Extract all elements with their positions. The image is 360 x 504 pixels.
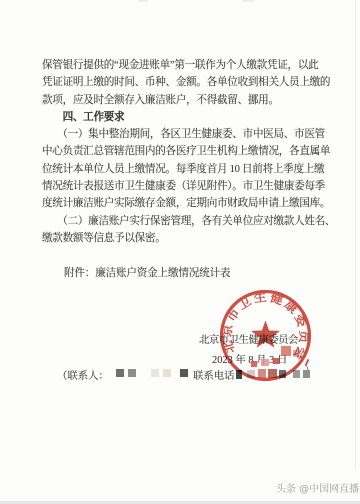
body-line: 中心负责汇总管辖范围内的各医疗卫生机构上缴情况，各直属单: [42, 143, 342, 160]
body-line: 缴款数额等信息予以保密。: [42, 230, 342, 247]
body-line: 款项，应及时全额存入廉洁账户，不得截留、挪用。: [42, 92, 342, 109]
page-edge-line: [355, 0, 356, 470]
body-line: （一）集中整治期间，各区卫生健康委、市中医局、市医管: [42, 126, 342, 143]
redaction-block: [151, 369, 159, 377]
scan-artifact: [243, 0, 254, 2]
section-heading: 四、工作要求: [42, 109, 342, 126]
redaction-block: [163, 369, 171, 377]
body-line: 保管银行提供的“现金进账单”第一联作为个人缴款凭证，以此: [42, 57, 342, 74]
attachment-label: 附件：: [64, 268, 95, 279]
seal-star-icon: [251, 320, 280, 347]
attachment-title: 廉洁账户资金上缴情况统计表: [95, 268, 230, 279]
redaction-block: [128, 369, 136, 377]
body-line: 度统计廉洁账户实际缴存金额，定期向市财政局申请上缴国库。: [42, 195, 342, 212]
watermark: 头条 @中国网直播: [276, 480, 359, 495]
scan-artifact: [139, 0, 148, 2]
document-body: 保管银行提供的“现金进账单”第一联作为个人缴款凭证，以此 凭证证明上缴的时间、币…: [42, 57, 342, 247]
body-line: （二）廉洁账户实行保密管理，各有关单位应对缴款人姓名、: [42, 213, 342, 230]
official-seal: 北京市卫生健康委员会: [217, 287, 314, 384]
redaction-block: [180, 369, 188, 377]
redaction-block: [116, 369, 124, 377]
contact-person-label: （联系人：: [57, 367, 109, 382]
body-line: 情况统计表报送市卫生健康委（详见附件）。市卫生健康委每季: [42, 178, 342, 195]
body-line: 位统计本单位人员上缴情况。每季度首月 10 日前将上季度上缴: [42, 161, 342, 178]
body-line: 凭证证明上缴的时间、币种、金额。各单位收到相关人员上缴的: [42, 74, 342, 91]
scanned-document-page: 保管银行提供的“现金进账单”第一联作为个人缴款凭证，以此 凭证证明上缴的时间、币…: [0, 0, 360, 504]
attachment-note: 附件：廉洁账户资金上缴情况统计表: [42, 265, 342, 280]
